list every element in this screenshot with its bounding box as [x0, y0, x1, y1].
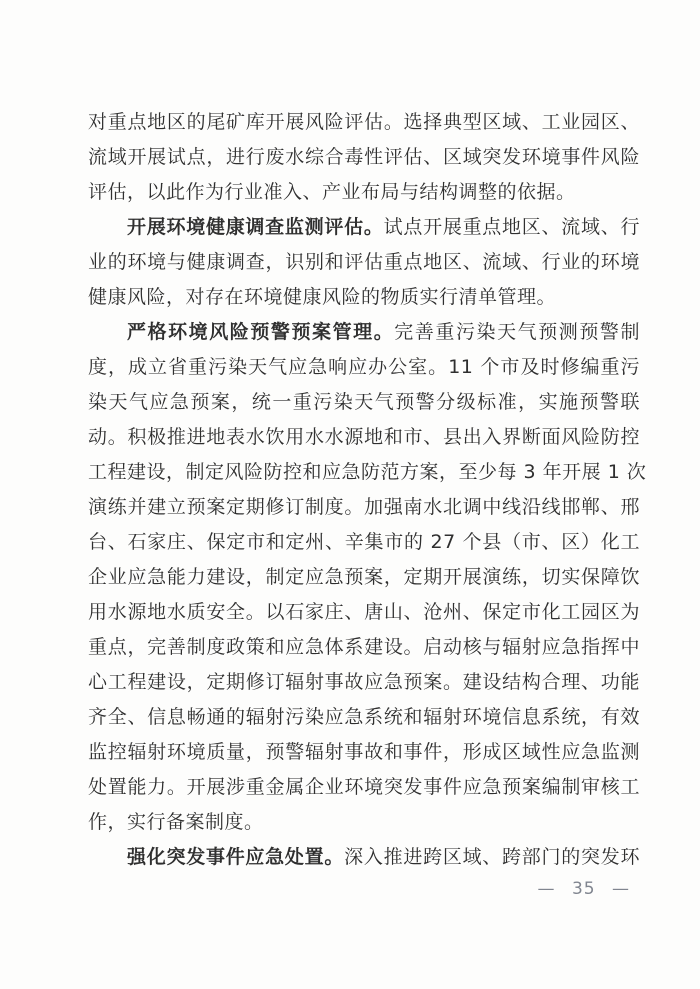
text-line: 心工程建设，定期修订辐射事故应急预案。建设结构合理、功能 — [88, 665, 640, 700]
lead-bold-sentence: 开展环境健康调查监测评估。 — [127, 216, 384, 238]
text-line: 业的环境与健康调查，识别和评估重点地区、流域、行业的环境 — [88, 245, 640, 280]
text-line: 染天气应急预案，统一重污染天气预警分级标准，实施预警联 — [88, 385, 640, 420]
lead-bold-sentence: 强化突发事件应急处置。 — [127, 846, 344, 868]
text-line: 作，实行备案制度。 — [88, 805, 640, 840]
lead-bold-sentence: 严格环境风险预警预案管理。 — [127, 321, 394, 343]
text-line: 处置能力。开展涉重金属企业环境突发事件应急预案编制审核工 — [88, 770, 640, 805]
text-line: 演练并建立预案定期修订制度。加强南水北调中线沿线邯郸、邢 — [88, 490, 640, 525]
paragraph: 强化突发事件应急处置。深入推进跨区域、跨部门的突发环 — [88, 840, 640, 875]
page-number: — 35 — — [538, 878, 630, 900]
text-line: 用水源地水质安全。以石家庄、唐山、沧州、保定市化工园区为 — [88, 595, 640, 630]
text-line: 齐全、信息畅通的辐射污染应急系统和辐射环境信息系统，有效 — [88, 700, 640, 735]
text-line: 开展环境健康调查监测评估。试点开展重点地区、流域、行 — [88, 210, 640, 245]
paragraph: 对重点地区的尾矿库开展风险评估。选择典型区域、工业园区、流域开展试点，进行废水综… — [88, 105, 640, 210]
text-line: 重点，完善制度政策和应急体系建设。启动核与辐射应急指挥中 — [88, 630, 640, 665]
text-line: 评估，以此作为行业准入、产业布局与结构调整的依据。 — [88, 175, 640, 210]
paragraph: 开展环境健康调查监测评估。试点开展重点地区、流域、行业的环境与健康调查，识别和评… — [88, 210, 640, 315]
document-page: 对重点地区的尾矿库开展风险评估。选择典型区域、工业园区、流域开展试点，进行废水综… — [0, 0, 700, 989]
text-line: 监控辐射环境质量，预警辐射事故和事件，形成区域性应急监测 — [88, 735, 640, 770]
text-line: 企业应急能力建设，制定应急预案，定期开展演练，切实保障饮 — [88, 560, 640, 595]
text-line: 强化突发事件应急处置。深入推进跨区域、跨部门的突发环 — [88, 840, 640, 875]
text-line: 健康风险，对存在环境健康风险的物质实行清单管理。 — [88, 280, 640, 315]
paragraph: 严格环境风险预警预案管理。完善重污染天气预测预警制度，成立省重污染天气应急响应办… — [88, 315, 640, 840]
text-line: 严格环境风险预警预案管理。完善重污染天气预测预警制 — [88, 315, 640, 350]
text-block: 对重点地区的尾矿库开展风险评估。选择典型区域、工业园区、流域开展试点，进行废水综… — [88, 105, 640, 875]
text-line: 度，成立省重污染天气应急响应办公室。11 个市及时修编重污 — [88, 350, 640, 385]
text-line: 动。积极推进地表水饮用水水源地和市、县出入界断面风险防控 — [88, 420, 640, 455]
text-line: 工程建设，制定风险防控和应急防范方案，至少每 3 年开展 1 次 — [88, 455, 640, 490]
text-line: 流域开展试点，进行废水综合毒性评估、区域突发环境事件风险 — [88, 140, 640, 175]
text-line: 对重点地区的尾矿库开展风险评估。选择典型区域、工业园区、 — [88, 105, 640, 140]
text-line: 台、石家庄、保定市和定州、辛集市的 27 个县（市、区）化工 — [88, 525, 640, 560]
